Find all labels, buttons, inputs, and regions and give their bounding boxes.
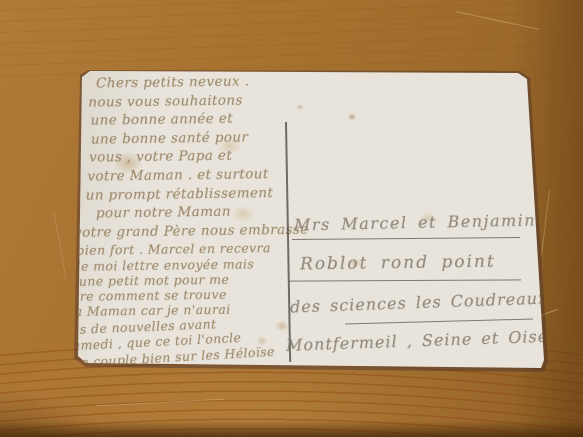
photo-of-postcard-on-table: Chers petits neveux . nous vous souhaito… [0,0,583,437]
address-line-town: Montfermeil , Seine et Oise . [286,326,564,355]
address-rule-line [289,279,521,281]
address-rule-line [345,319,533,325]
address-rule-line [292,237,520,240]
address-line-locality: des sciences les Coudreaux [290,289,549,317]
wood-scratch [53,211,66,280]
address-line-recipient: Mrs Marcel et Benjamin [294,210,536,234]
address-line-street: Roblot rond point [300,252,496,275]
wood-edge-dark-strip [0,421,583,437]
wood-grain-top [0,0,583,82]
